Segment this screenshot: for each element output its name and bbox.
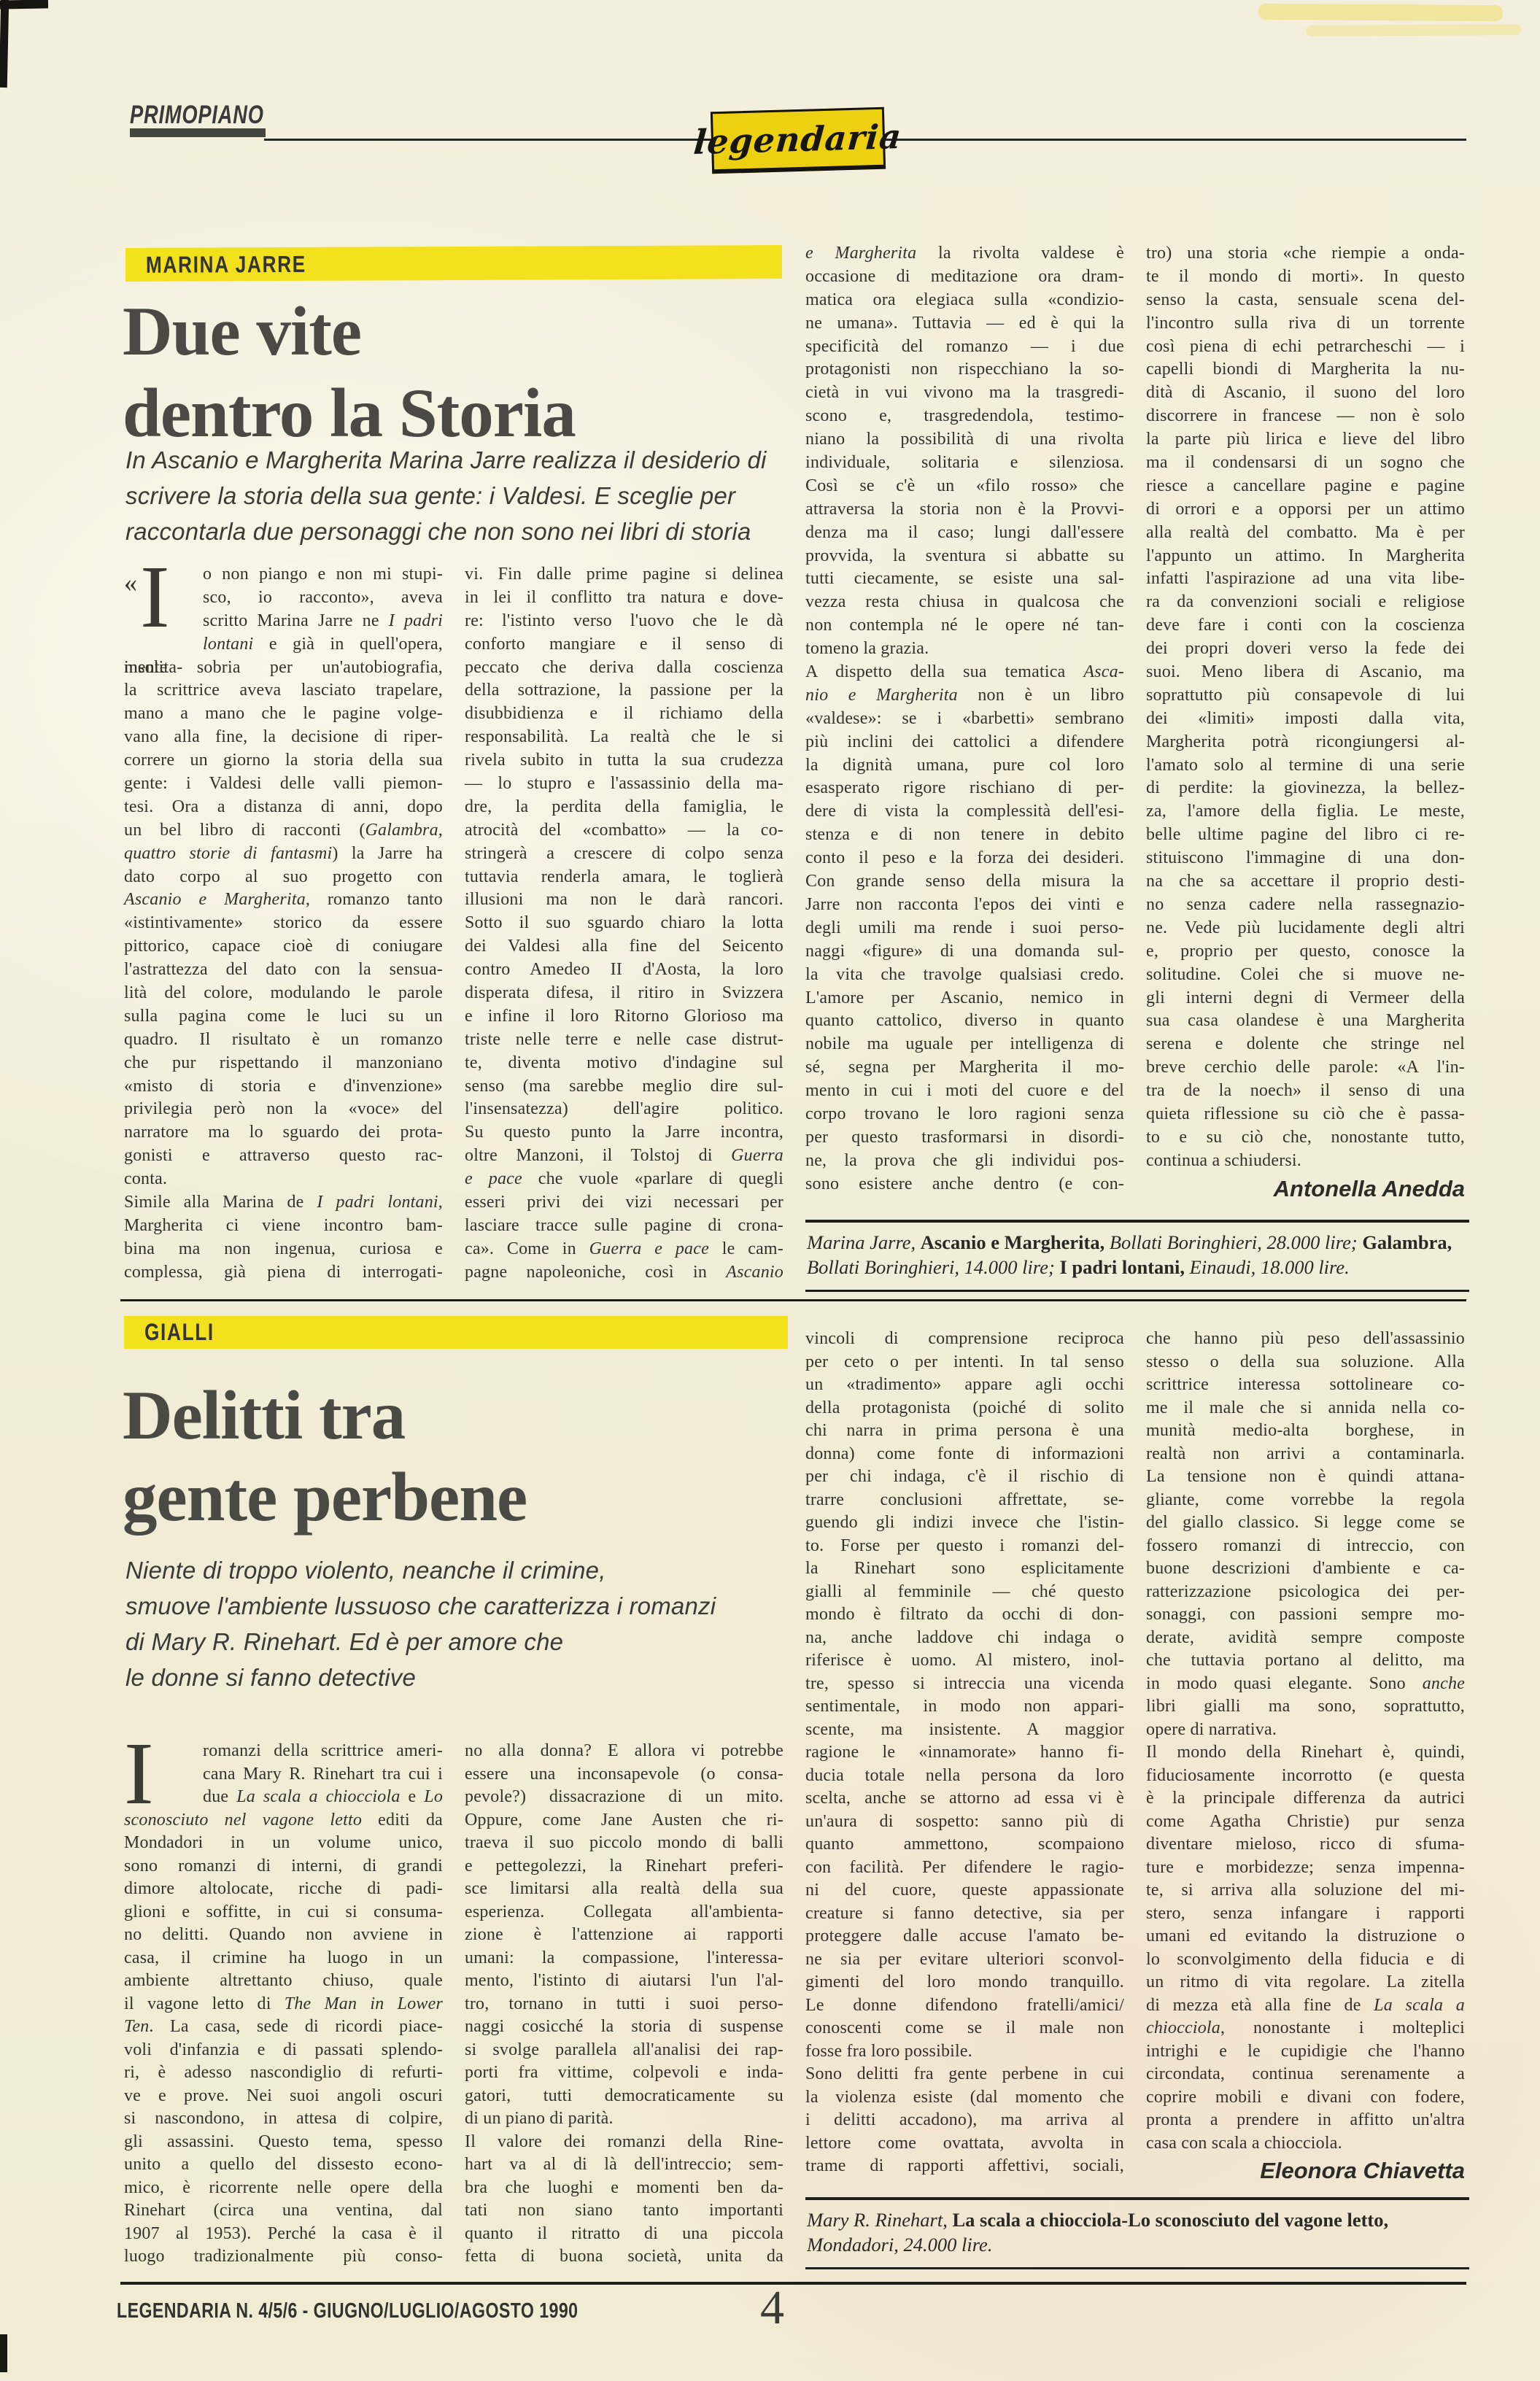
text-line: contro Amedeo II d'Aosta, la loro	[465, 959, 783, 982]
text-line: to e su ciò che, nonostante tutto,	[1146, 1126, 1465, 1150]
text-line: tomeno la grazia.	[805, 638, 1124, 661]
text-line: ne sia per evitare ulteriori sconvol-	[805, 1948, 1124, 1972]
text-line: senso (ma sarebbe meglio dire sul-	[465, 1075, 783, 1099]
text-line: un bel libro di racconti (Galambra,	[124, 819, 443, 843]
text-line: come Agatha Christie) pur senza	[1146, 1811, 1465, 1834]
text-line: «valdese»: se i «barbetti» sembrano	[805, 708, 1124, 731]
text-line: Mondadori in un volume unico,	[124, 1832, 443, 1855]
text-line: così piena di echi petrarcheschi — i	[1146, 336, 1465, 359]
text-line: sulla pagina come le luci su un	[124, 1005, 443, 1029]
text-line: tro) una storia «che riempie a onda-	[1146, 242, 1465, 266]
scan-artifact-streak	[1258, 4, 1503, 21]
text-line: circondata, continua serenamente a	[1146, 2063, 1465, 2086]
text-line: dimore altolocate, ricche di padi-	[124, 1878, 443, 1901]
text-line: ne, la prova che gli individui pos-	[805, 1150, 1124, 1173]
text-line: sono esistere anche dentro (e con-	[805, 1173, 1124, 1196]
text-line: lontani e già in quell'opera, insolita-	[124, 633, 443, 657]
text-line: In Ascanio e Margherita Marina Jarre rea…	[125, 442, 767, 478]
text-line: bina ma non ingenua, curiosa e	[124, 1238, 443, 1261]
text-line: privilegia però non la «voce» del	[124, 1098, 443, 1121]
text-line: Rinehart (circa una ventina, dal	[124, 2199, 443, 2223]
text-line: protagonisti non rispecchiano la so-	[805, 358, 1124, 382]
text-line: stituiscono l'immagine di una don-	[1146, 847, 1465, 870]
text-line: tutti ciecamente, se esiste una sal-	[805, 568, 1124, 591]
text-line: Con grande senso della misura la	[805, 870, 1124, 894]
citation-segment: Einaudi, 18.000 lire.	[1190, 1256, 1350, 1278]
article2-column-1: I romanzi della scrittrice ameri-cana Ma…	[124, 1740, 443, 2269]
text-line: La tensione non è quindi attana-	[1146, 1466, 1465, 1489]
text-line: stesso o della sua soluzione. Alla	[1146, 1351, 1465, 1374]
drop-cap-letter: I	[140, 548, 170, 646]
citation-segment: Mary R. Rinehart,	[807, 2209, 952, 2231]
text-line: no delitti. Quando non avviene in	[124, 1924, 443, 1947]
text-line: Su questo punto la Jarre incontra,	[465, 1121, 783, 1145]
text-line: A dispetto della sua tematica Asca-	[805, 661, 1124, 684]
citation-segment: La scala a chiocciola-Lo sconosciuto del…	[952, 2209, 1388, 2231]
text-line: tra de la noech» il senso di una	[1146, 1080, 1465, 1103]
text-line: no alla donna? E allora vi potrebbe	[465, 1740, 783, 1763]
text-line: Jarre non racconta l'epos dei vinti e	[805, 894, 1124, 917]
text-line: e Margherita la rivolta valdese è	[805, 242, 1124, 266]
text-line: Simile alla Marina de I padri lontani,	[124, 1191, 443, 1215]
text-line: della protagonista (poiché di solito	[805, 1397, 1124, 1420]
text-line: più inclini dei cattolici a difendere	[805, 731, 1124, 754]
text-line: sce limitarsi alla realtà della sua	[465, 1878, 783, 1901]
text-line: unito a quello del dissesto econo-	[124, 2153, 443, 2177]
text-line: diventare mieloso, ricco di sfuma-	[1146, 1833, 1465, 1857]
text-line: vincoli di comprensione reciproca	[805, 1328, 1124, 1351]
text-line: gimenti del loro mondo tranquillo.	[805, 1971, 1124, 1994]
text-line: libri gialli ma sono, soprattutto,	[1146, 1695, 1465, 1719]
text-line: suoi. Meno libera di Ascanio, ma	[1146, 661, 1465, 684]
text-line: è la principale differenza da autrici	[1146, 1787, 1465, 1811]
text-line: vezza resta chiusa in qualcosa che	[805, 591, 1124, 614]
article2-column-3: vincoli di comprensione reciprocaper cet…	[805, 1328, 1124, 2178]
text-line: lasciare tracce sulle pagine di crona-	[465, 1215, 783, 1238]
text-line: lità del colore, modulando le parole	[124, 982, 443, 1005]
text-line: re: l'istinto verso l'uovo che le dà	[465, 610, 783, 633]
text-line: peccato che deriva dalla coscienza	[465, 657, 783, 680]
text-line: in lei il conflitto tra natura e dove-	[465, 586, 783, 610]
text-line: opere di narrativa.	[1146, 1719, 1465, 1742]
text-line: derate, avidità sempre composte	[1146, 1627, 1465, 1650]
text-line: mento, l'istinto di aiutarsi l'un l'al-	[465, 1970, 783, 1993]
text-line: disubbidienza e il richiamo della	[465, 702, 783, 726]
text-line: Le donne difendono fratelli/amici/	[805, 1994, 1124, 2018]
text-line: scrittrice interessa sottolineare co-	[1146, 1374, 1465, 1397]
text-line: ragione le «innamorate» hanno fi-	[805, 1741, 1124, 1765]
text-line: realtà non arrivi a contaminarla.	[1146, 1443, 1465, 1466]
text-line: sono romanzi di interni, di grandi	[124, 1855, 443, 1878]
text-line: Margherita potrà ricongiungersi al-	[1146, 731, 1465, 754]
text-line: mente sobria per un'autobiografia,	[124, 657, 443, 680]
article1-byline: Antonella Anedda	[1146, 1176, 1465, 1202]
text-line: scrivere la storia della sua gente: i Va…	[125, 478, 767, 514]
scan-artifact-corner	[0, 0, 9, 88]
text-line: esseri privi dei vizi necessari per	[465, 1191, 783, 1215]
text-line: capelli biondi di Margherita la nu-	[1146, 358, 1465, 382]
citation-segment: Bollati Boringhieri, 28.000 lire;	[1110, 1231, 1362, 1253]
text-line: na, anche laddove chi indaga o	[805, 1627, 1124, 1650]
text-line: disperata difesa, il ritiro in Svizzera	[465, 982, 783, 1005]
text-line: fossero romanzi di intreccio, con	[1146, 1535, 1465, 1558]
text-line: degli umili ma rende i suoi perso-	[805, 917, 1124, 940]
text-line: smuove l'ambiente lussuoso che caratteri…	[125, 1588, 716, 1624]
text-line: e pettegolezzi, la Rinehart preferi-	[465, 1855, 783, 1878]
text-line: mento in cui i moti del cuore e del	[805, 1080, 1124, 1103]
text-line: pronta a prendere in affitto un'altra	[1146, 2109, 1465, 2132]
text-line: «misto di storia e d'invenzione»	[124, 1075, 443, 1099]
text-line: infatti l'aspirazione ad una vita libe-	[1146, 568, 1465, 591]
text-line: naggi cosicché la storia di suspense	[465, 2016, 783, 2039]
text-line: sonaggi, con passioni sempre mo-	[1146, 1603, 1465, 1627]
text-line: per chi indaga, c'è il rischio di	[805, 1466, 1124, 1489]
text-line: raccontarla due personaggi che non sono …	[125, 514, 767, 549]
text-line: gatori, tutti democraticamente su	[465, 2085, 783, 2108]
text-line: dei «limiti» imposti dalla vita,	[1146, 708, 1465, 731]
text-line: Il mondo della Rinehart è, quindi,	[1146, 1741, 1465, 1765]
text-line: la Rinehart sono esplicitamente	[805, 1557, 1124, 1581]
text-line: per ceto o per intenti. In tal senso	[805, 1351, 1124, 1374]
text-line: deve fare i conti con la coscienza	[1146, 614, 1465, 638]
text-line: riferisce è uomo. Al mistero, inol-	[805, 1649, 1124, 1673]
text-line: in modo quasi elegante. Sono anche	[1146, 1673, 1465, 1696]
article2-column-4: che hanno più peso dell'assassiniostesso…	[1146, 1328, 1465, 2155]
text-line: di Mary R. Rinehart. Ed è per amore che	[125, 1624, 716, 1660]
text-line: la parte più lirica e lieve del libro	[1146, 428, 1465, 452]
text-line: me il male che si annida nella co-	[1146, 1397, 1465, 1420]
article1-title: Due vite dentro la Storia	[123, 290, 576, 454]
text-line: Ten. La casa, sede di ricordi piace-	[124, 2016, 443, 2039]
text-line: scente, ma insistente. A maggior	[805, 1719, 1124, 1742]
text-line: pittorico, capace cioè di coniugare	[124, 935, 443, 959]
text-line: di perdite: la giovinezza, la bellez-	[1146, 777, 1465, 800]
text-line: quadro. Il risultato è un romanzo	[124, 1029, 443, 1052]
page-number: 4	[760, 2280, 784, 2336]
drop-cap: «I	[124, 566, 197, 633]
text-line: nio e Margherita non è un libro	[805, 684, 1124, 708]
footer-rule	[120, 2282, 1466, 2285]
text-line: breve cerchio delle parole: «A l'in-	[1146, 1056, 1465, 1080]
text-line: dei Valdesi alla fine del Seicento	[465, 935, 783, 959]
text-line: guendo gli indizi invece che l'istin-	[805, 1511, 1124, 1535]
text-line: umani: la compassione, l'interessa-	[465, 1947, 783, 1970]
text-line: conoscenti come se il male non	[805, 2017, 1124, 2040]
text-line: ni del cuore, queste appassionate	[805, 1879, 1124, 1902]
text-line: l'astrattezza del dato con la sensua-	[124, 959, 443, 982]
text-line: coprire mobili e divani con fodere,	[1146, 2086, 1465, 2110]
citation-segment: Mondadori, 24.000 lire.	[807, 2234, 992, 2256]
article1-title-line1: Due vite	[123, 290, 576, 372]
text-line: fiduciosamente incorrotto (e questa	[1146, 1765, 1465, 1788]
article2-column-2: no alla donna? E allora vi potrebbeesser…	[465, 1740, 783, 2269]
citation-segment: Marina Jarre,	[807, 1231, 921, 1253]
text-line: ca». Come in Guerra e pace le cam-	[465, 1238, 783, 1261]
magazine-page: PRIMOPIANO legendaria MARINA JARRE Due v…	[0, 0, 1540, 2381]
text-line: l'incontro sulla riva di un torrente	[1146, 312, 1465, 336]
article-separator-rule	[120, 1299, 1466, 1301]
text-line: buone descrizioni d'ambiente e ca-	[1146, 1557, 1465, 1581]
text-line: no senza cadere nella rassegnazio-	[1146, 894, 1465, 917]
text-line: la scrittrice aveva lasciato trapelare,	[124, 679, 443, 702]
text-line: dato corpo al suo progetto con	[124, 866, 443, 889]
text-line: casa, il crimine ha luogo in un	[124, 1947, 443, 1970]
text-line: del giallo classico. Si legge come se	[1146, 1511, 1465, 1535]
text-line: luogo tradizionalmente più conso-	[124, 2245, 443, 2269]
text-line: donna) come fonte di informazioni	[805, 1443, 1124, 1466]
text-line: dere di vista la complessità dell'esi-	[805, 800, 1124, 824]
text-line: dre, la perdita della famiglia, le	[465, 796, 783, 819]
text-line: mondo è filtrato da occhi di don-	[805, 1603, 1124, 1627]
article2-title-line2: gente perbene	[123, 1456, 527, 1538]
text-line: di un piano di parità.	[465, 2107, 783, 2131]
text-line: ratterizzazione psicologica dei per-	[1146, 1581, 1465, 1604]
text-line: stero, senza infangare i rapporti	[1146, 1902, 1465, 1926]
text-line: specificità del romanzo — i due	[805, 336, 1124, 359]
text-line: solitudine. Colei che si muove ne-	[1146, 964, 1465, 987]
text-line: proteggere dalle accuse l'amato be-	[805, 1925, 1124, 1948]
text-line: te, si arriva alla soluzione del mi-	[1146, 1879, 1465, 1902]
text-line: conforto mangiare e il senso di	[465, 633, 783, 657]
text-line: che pur rispettando il manzoniano	[124, 1052, 443, 1075]
text-line: l'insensatezza) dell'agire politico.	[465, 1098, 783, 1121]
text-line: riesce a cancellare pagine e pagine	[1146, 475, 1465, 498]
section-label-underline	[130, 128, 266, 137]
magazine-logo-text: legendaria	[692, 117, 903, 162]
text-line: un ritmo di vita regolare. La zitella	[1146, 1971, 1465, 1994]
article2-citation-line1: Mary R. Rinehart, La scala a chiocciola-…	[807, 2207, 1468, 2232]
text-line: vi. Fin dalle prime pagine si delinea	[465, 563, 783, 586]
article1-standfirst: In Ascanio e Margherita Marina Jarre rea…	[125, 442, 767, 549]
text-line: ma il condensarsi di un sogno che	[1146, 452, 1465, 475]
text-line: si nascondono, in attesa di colpire,	[124, 2107, 443, 2131]
article2-standfirst: Niente di troppo violento, neanche il cr…	[125, 1552, 716, 1695]
drop-cap-letter: I	[124, 1724, 154, 1823]
article2-title-line1: Delitti tra	[123, 1374, 527, 1456]
footer-issue-label: LEGENDARIA N. 4/5/6 - GIUGNO/LUGLIO/AGOS…	[117, 2299, 578, 2323]
text-line: quattro storie di fantasmi) la Jarre ha	[124, 843, 443, 866]
text-line: cietà in vui vivono ma la trasgredi-	[805, 382, 1124, 405]
text-line: e, proprio per questo, conosce la	[1146, 940, 1465, 964]
text-line: «istintivamente» storico da essere	[124, 912, 443, 935]
text-line: ne umana». Tuttavia — ed è qui la	[805, 312, 1124, 336]
text-line: tro, tornano in tutti i suoi perso-	[465, 1993, 783, 2016]
text-line: trarre conclusioni affrettate, se-	[805, 1489, 1124, 1512]
text-line: sé, segna per Margherita il mo-	[805, 1056, 1124, 1080]
text-line: Sotto il suo sguardo chiaro la lotta	[465, 912, 783, 935]
text-line: di orrori e a opporsi per un attimo	[1146, 498, 1465, 522]
text-line: gliante, come vorrebbe la regola	[1146, 1489, 1465, 1512]
text-line: stringerà a crescere di colpo senza	[465, 843, 783, 866]
text-line: dità di Ascanio, il suono del loro	[1146, 382, 1465, 405]
text-line: te, diventa motivo d'indagine sul	[465, 1052, 783, 1075]
text-line: tre, spesso si intreccia una vicenda	[805, 1673, 1124, 1696]
text-line: hart va al di là dell'intreccio; sem-	[465, 2153, 783, 2177]
text-line: occasione di meditazione ora dram-	[805, 266, 1124, 289]
text-line: provvida, la sventura si abbatte su	[805, 545, 1124, 568]
article2-kicker-bar: GIALLI	[124, 1316, 788, 1349]
text-line: un'aura di sospetto: sanno più di	[805, 1811, 1124, 1834]
article1-citation-line2: Bollati Boringhieri, 14.000 lire; I padr…	[807, 1255, 1468, 1279]
text-line: denza ma il caso; lungi dall'essere	[805, 522, 1124, 545]
article2-citation-line2: Mondadori, 24.000 lire.	[807, 2232, 1468, 2257]
text-line: Oppure, come Jane Austen che ri-	[465, 1809, 783, 1832]
article2-byline: Eleonora Chiavetta	[1146, 2158, 1465, 2184]
text-line: na che sa accettare il proprio desti-	[1146, 870, 1465, 894]
text-line: con facilità. Per difendere le ragio-	[805, 1857, 1124, 1880]
article1-column-1-lines: o non piango e non mi stupi-sco, io racc…	[124, 563, 443, 1285]
text-line: triste nelle terre e nelle case distrut-	[465, 1029, 783, 1052]
text-line: Margherita ci viene incontro bam-	[124, 1215, 443, 1238]
text-line: complessa, già piena di interrogati-	[124, 1261, 443, 1285]
text-line: l'amato solo al termine di una serie	[1146, 754, 1465, 778]
open-quote: «	[124, 568, 137, 597]
text-line: porti fra vittime, colpevoli e inda-	[465, 2061, 783, 2085]
text-line: che hanno più peso dell'assassinio	[1146, 1328, 1465, 1351]
text-line: L'amore per Ascanio, nemico in	[805, 987, 1124, 1010]
text-line: pevole?) dissacrazione di un mito.	[465, 1786, 783, 1809]
text-line: gli assassini. Questo tema, spesso	[124, 2131, 443, 2154]
text-line: zione è l'attenzione ai rapporti	[465, 1924, 783, 1947]
article2-column-1-lines: romanzi della scrittrice ameri-cana Mary…	[124, 1740, 443, 2269]
article2-kicker-label: GIALLI	[144, 1319, 214, 1346]
text-line: e pace che vuole «parlare di quegli	[465, 1168, 783, 1191]
text-line: narratore ma lo sguardo dei prota-	[124, 1121, 443, 1145]
text-line: conto il peso e la forza dei desideri.	[805, 847, 1124, 870]
text-line: bra che luoghi e momenti ben da-	[465, 2177, 783, 2200]
text-line: tuttavia renderla amara, le toglierà	[465, 866, 783, 889]
article1-citation-line1: Marina Jarre, Ascanio e Margherita, Boll…	[807, 1230, 1468, 1255]
text-line: intrighi e le cupidigie che l'hanno	[1146, 2040, 1465, 2064]
text-line: essere una inconsapevole (o consa-	[465, 1763, 783, 1786]
text-line: sua casa olandese è una Margherita	[1146, 1010, 1465, 1033]
text-line: scono e, trasgredendola, testimo-	[805, 405, 1124, 428]
text-line: voli d'infanzia e di passati splendo-	[124, 2039, 443, 2062]
text-line: dei propri doveri verso la fede dei	[1146, 638, 1465, 661]
text-line: conta.	[124, 1168, 443, 1191]
text-line: Così se c'è un «filo rosso» che	[805, 475, 1124, 498]
drop-cap: I	[124, 1743, 197, 1807]
text-line: continua a schiudersi.	[1146, 1150, 1465, 1173]
text-line: trame di rapporti affettivi, sociali,	[805, 2155, 1124, 2178]
article1-column-3: e Margherita la rivolta valdese èoccasio…	[805, 242, 1124, 1196]
citation-segment: Bollati Boringhieri, 14.000 lire;	[807, 1256, 1059, 1278]
text-line: senso la casta, sensuale scena del-	[1146, 289, 1465, 312]
text-line: discorrere in francese — non è solo	[1146, 405, 1465, 428]
text-line: te il mondo di morti». In questo	[1146, 266, 1465, 289]
text-line: mico, è ricorrente nelle opere della	[124, 2177, 443, 2200]
citation-segment: I padri lontani,	[1059, 1256, 1189, 1278]
text-line: matica ora elegiaca sulla «condizio-	[805, 289, 1124, 312]
text-line: tesi. Ora a distanza di anni, dopo	[124, 796, 443, 819]
text-line: correre un giorno la storia della sua	[124, 749, 443, 773]
text-line: che tuttavia portano al delitto, ma	[1146, 1649, 1465, 1673]
text-line: Ascanio e Margherita, romanzo tanto	[124, 888, 443, 912]
text-line: illusioni ma non le darà rancori.	[465, 888, 783, 912]
article1-kicker-bar: MARINA JARRE	[125, 245, 782, 282]
text-line: gialli al femminile — ché questo	[805, 1581, 1124, 1604]
text-line: stenza e di non tenere in debito	[805, 824, 1124, 847]
text-line: la vita che travolge qualsiasi credo.	[805, 964, 1124, 987]
text-line: esasperato rigore rischiano di per-	[805, 777, 1124, 800]
text-line: corpo trovano le loro ragioni senza	[805, 1103, 1124, 1126]
text-line: 1907 al 1953). Perché la casa è il	[124, 2223, 443, 2246]
text-line: casa con scala a chiocciola.	[1146, 2132, 1465, 2156]
text-line: belle ultime pagine del libro ci re-	[1146, 824, 1465, 847]
text-line: ducia totale nella persona da loro	[805, 1765, 1124, 1788]
text-line: niano la possibilità di una rivolta	[805, 428, 1124, 452]
article1-kicker-label: MARINA JARRE	[146, 250, 306, 278]
text-line: non contempla né le opere né tan-	[805, 614, 1124, 638]
citation-segment: Galambra,	[1362, 1231, 1452, 1253]
text-line: pagne napoleoniche, così in Ascanio	[465, 1261, 783, 1285]
text-line: fetta di buona società, unita da	[465, 2245, 783, 2269]
text-line: soprattutto più consapevole di lui	[1146, 684, 1465, 708]
scan-artifact-corner	[0, 2334, 7, 2372]
text-line: fosse fra loro possibile.	[805, 2040, 1124, 2064]
text-line: Sono delitti fra gente perbene in cui	[805, 2063, 1124, 2086]
article2-title: Delitti tra gente perbene	[123, 1374, 527, 1538]
text-line: mano a mano che le pagine volge-	[124, 702, 443, 726]
text-line: le donne si fanno detective	[125, 1660, 716, 1695]
text-line: umani ed evitando la distruzione o	[1146, 1925, 1465, 1948]
text-line: Niente di troppo violento, neanche il cr…	[125, 1552, 716, 1588]
text-line: gente: i Valdesi delle valli piemon-	[124, 773, 443, 796]
text-line: naggi «figure» di una domanda sul-	[805, 940, 1124, 964]
text-line: alla realtà del combatto. Ma è per	[1146, 522, 1465, 545]
article1-column-4: tro) una storia «che riempie a onda-te i…	[1146, 242, 1465, 1173]
section-label: PRIMOPIANO	[130, 101, 264, 130]
text-line: esperienza. Collegata all'ambienta-	[465, 1901, 783, 1924]
scan-artifact-streak	[1306, 24, 1521, 36]
text-line: atrocità del «combatto» — la co-	[465, 819, 783, 843]
text-line: nobile ma uguale per intelligenza di	[805, 1033, 1124, 1056]
text-line: individuale, solitaria e silenziosa.	[805, 452, 1124, 475]
text-line: responsabilità. La realtà che le si	[465, 726, 783, 749]
article1-column-2: vi. Fin dalle prime pagine si delineain …	[465, 563, 783, 1285]
text-line: tati non siano tanto importanti	[465, 2199, 783, 2223]
article1-column-1: «I o non piango e non mi stupi-sco, io r…	[124, 563, 443, 1285]
text-line: la violenza esiste (dal momento che	[805, 2086, 1124, 2110]
text-line: la dignità umana, pure col loro	[805, 754, 1124, 778]
text-line: quieta riflessione su ciò che è passa-	[1146, 1103, 1465, 1126]
text-line: quanto ammettono, scompaiono	[805, 1833, 1124, 1857]
article2-citation: Mary R. Rinehart, La scala a chiocciola-…	[805, 2197, 1469, 2269]
text-line: ture e morbidezze; senza impenna-	[1146, 1857, 1465, 1880]
text-line: Il valore dei romanzi della Rine-	[465, 2131, 783, 2154]
text-line: vano alla fine, la decisione di riper-	[124, 726, 443, 749]
article1-citation: Marina Jarre, Ascanio e Margherita, Boll…	[805, 1220, 1469, 1292]
text-line: ra da convenzioni sociali e religiose	[1146, 591, 1465, 614]
text-line: za, l'amore della figlia. Le meste,	[1146, 800, 1465, 824]
text-line: l'appunto un attimo. In Margherita	[1146, 545, 1465, 568]
text-line: scelta, anche se attorno ad essa vi è	[805, 1787, 1124, 1811]
text-line: attraversa la storia non è la Provvi-	[805, 498, 1124, 522]
text-line: creature si fanno detective, sia per	[805, 1902, 1124, 1926]
text-line: i delitti accadono), ma arriva al	[805, 2109, 1124, 2132]
magazine-logo: legendaria	[711, 107, 886, 174]
text-line: ambiente altrettanto chiuso, quale	[124, 1970, 443, 1993]
text-line: quanto il ritratto di una piccola	[465, 2223, 783, 2246]
text-line: gonisti e attraverso questo rac-	[124, 1145, 443, 1168]
text-line: un «tradimento» appare agli occhi	[805, 1374, 1124, 1397]
text-line: di mezza età alla fine de La scala a	[1146, 1994, 1465, 2018]
text-line: glioni e soffitte, in cui si consuma-	[124, 1901, 443, 1924]
text-line: serena e dolente che stringe nel	[1146, 1033, 1465, 1056]
text-line: quanto cattolico, diverso in quanto	[805, 1010, 1124, 1033]
text-line: traeva il suo piccolo mondo di balli	[465, 1832, 783, 1855]
text-line: per questo trasformarsi in disordi-	[805, 1126, 1124, 1150]
